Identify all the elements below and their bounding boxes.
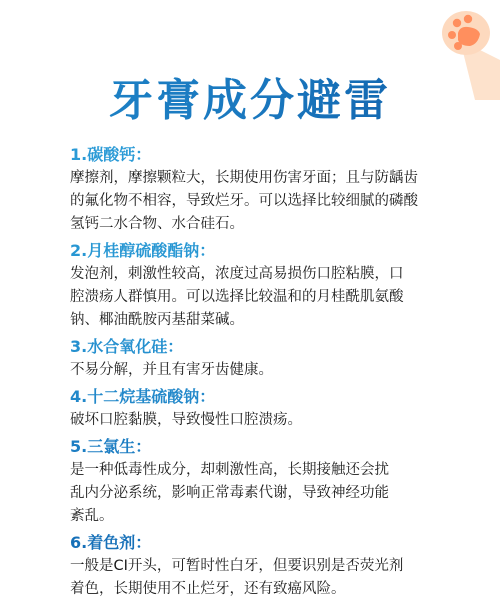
text-line: 不易分解，并且有害牙齿健康。 <box>70 359 450 382</box>
ingredient-description: 摩擦剂，摩擦颗粒大，长期使用伤害牙面；且与防龋齿 的氟化物不相容，导致烂牙。可以… <box>70 167 450 236</box>
ingredient-description: 发泡剂，刺激性较高，浓度过高易损伤口腔粘膜，口 腔溃疡人群慎用。可以选择比较温和… <box>70 263 450 332</box>
ingredient-section-3: 3.水合氧化硅： 不易分解，并且有害牙齿健康。 <box>70 334 450 382</box>
ingredient-description: 破坏口腔黏膜，导致慢性口腔溃疡。 <box>70 409 450 432</box>
ingredient-list: 1.碳酸钙： 摩擦剂，摩擦颗粒大，长期使用伤害牙面；且与防龋齿 的氟化物不相容，… <box>70 142 450 603</box>
text-line: 乱内分泌系统，影响正常毒素代谢，导致神经功能 <box>70 482 450 505</box>
ingredient-heading: 2.月桂醇硫酸酯钠： <box>70 238 450 263</box>
page-title: 牙膏成分避雷 <box>0 72 500 130</box>
text-line: 破坏口腔黏膜，导致慢性口腔溃疡。 <box>70 409 450 432</box>
ingredient-description: 不易分解，并且有害牙齿健康。 <box>70 359 450 382</box>
ingredient-section-6: 6.着色剂： 一般是CI开头，可暂时性白牙，但要识别是否荧光剂 着色，长期使用不… <box>70 530 450 601</box>
ingredient-heading: 6.着色剂： <box>70 530 450 555</box>
ingredient-section-1: 1.碳酸钙： 摩擦剂，摩擦颗粒大，长期使用伤害牙面；且与防龋齿 的氟化物不相容，… <box>70 142 450 236</box>
ingredient-section-2: 2.月桂醇硫酸酯钠： 发泡剂，刺激性较高，浓度过高易损伤口腔粘膜，口 腔溃疡人群… <box>70 238 450 332</box>
text-line: 氢钙二水合物、水合硅石。 <box>70 213 450 236</box>
ingredient-heading: 4.十二烷基硫酸钠： <box>70 384 450 409</box>
text-line: 一般是CI开头，可暂时性白牙，但要识别是否荧光剂 <box>70 555 450 578</box>
ingredient-section-5: 5.三氯生： 是一种低毒性成分，却刺激性高，长期接触还会扰 乱内分泌系统，影响正… <box>70 434 450 528</box>
ingredient-description: 一般是CI开头，可暂时性白牙，但要识别是否荧光剂 着色，长期使用不止烂牙，还有致… <box>70 555 450 601</box>
text-line: 紊乱。 <box>70 505 450 528</box>
ingredient-description: 是一种低毒性成分，却刺激性高，长期接触还会扰 乱内分泌系统，影响正常毒素代谢，导… <box>70 459 450 528</box>
text-line: 摩擦剂，摩擦颗粒大，长期使用伤害牙面；且与防龋齿 <box>70 167 450 190</box>
text-line: 腔溃疡人群慎用。可以选择比较温和的月桂酰肌氨酸 <box>70 286 450 309</box>
text-line: 的氟化物不相容，导致烂牙。可以选择比较细腻的磷酸 <box>70 190 450 213</box>
text-line: 钠、椰油酰胺丙基甜菜碱。 <box>70 309 450 332</box>
ingredient-heading: 5.三氯生： <box>70 434 450 459</box>
text-line: 着色，长期使用不止烂牙，还有致癌风险。 <box>70 578 450 601</box>
text-line: 发泡剂，刺激性较高，浓度过高易损伤口腔粘膜，口 <box>70 263 450 286</box>
ingredient-heading: 3.水合氧化硅： <box>70 334 450 359</box>
ingredient-heading: 1.碳酸钙： <box>70 142 450 167</box>
ingredient-section-4: 4.十二烷基硫酸钠： 破坏口腔黏膜，导致慢性口腔溃疡。 <box>70 384 450 432</box>
text-line: 是一种低毒性成分，却刺激性高，长期接触还会扰 <box>70 459 450 482</box>
